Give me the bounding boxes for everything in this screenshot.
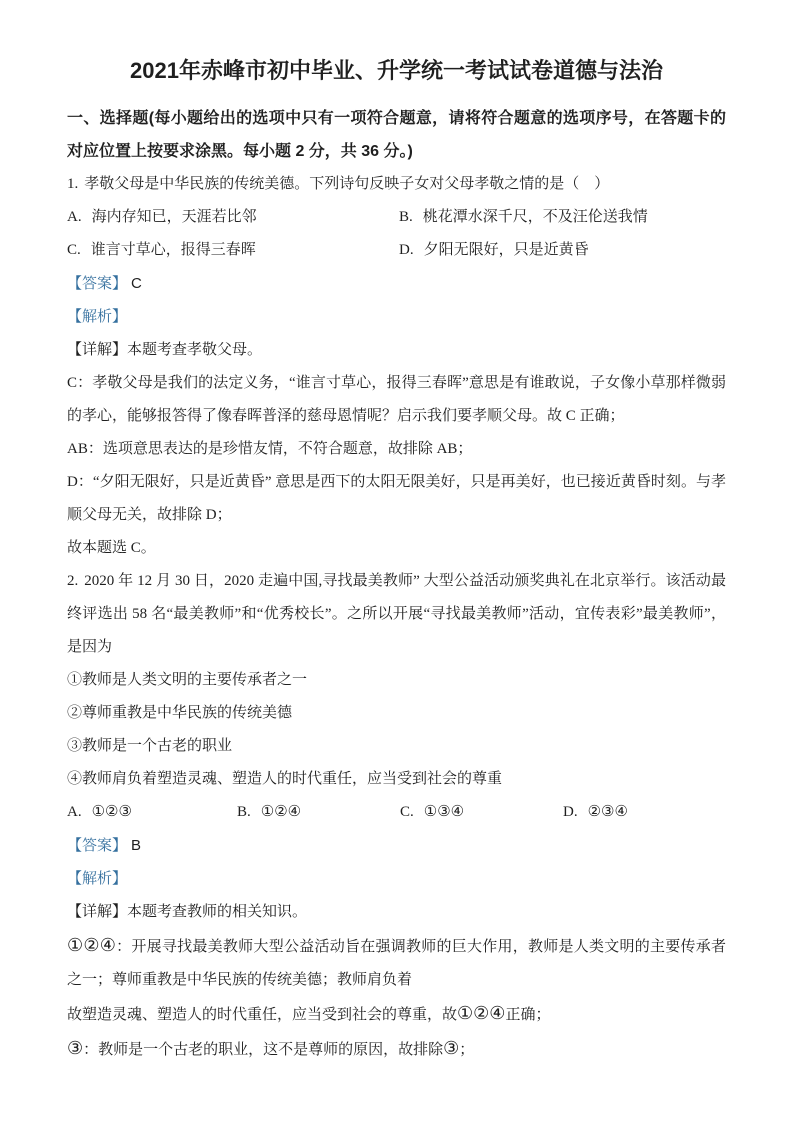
option-b: B.桃花潭水深千尺，不及汪伦送我情 — [399, 201, 726, 234]
question-2-number: 2. — [67, 573, 78, 589]
question-2-detail-3: ③：教师是一个古老的职业，这不是尊师的原因，故排除③； — [67, 1032, 726, 1067]
detail-3-post: ； — [459, 1042, 474, 1058]
option-b-label: B. — [237, 804, 251, 820]
option-b-label: B. — [399, 209, 413, 225]
option-d-text: ②③④ — [588, 804, 628, 820]
detail-label: 【详解】 — [67, 904, 127, 920]
option-b-text: 桃花潭水深千尺，不及汪伦送我情 — [423, 209, 648, 225]
detail-124b-pre: 故塑造灵魂、塑造人的时代重任，应当受到社会的尊重，故 — [67, 1007, 457, 1023]
option-d-label: D. — [563, 804, 578, 820]
question-1-detail-conclusion: 故本题选 C。 — [67, 532, 726, 565]
question-2-stem-text: 2020 年 12 月 30 日，2020 走遍中国,寻找最美教师” 大型公益活… — [67, 573, 726, 655]
question-2-detail-124b: 故塑造灵魂、塑造人的时代重任，应当受到社会的尊重，故①②④正确； — [67, 997, 726, 1032]
question-2-analysis-line: 【解析】 — [67, 863, 726, 896]
question-2: 2.2020 年 12 月 30 日，2020 走遍中国,寻找最美教师” 大型公… — [67, 565, 726, 1067]
option-b: B.①②④ — [237, 796, 400, 829]
detail-intro-text: 本题考查教师的相关知识。 — [127, 904, 307, 920]
circled-number: ③ — [443, 1038, 459, 1058]
option-c-text: ①③④ — [424, 804, 464, 820]
option-a-label: A. — [67, 209, 82, 225]
detail-124b-post: 正确； — [505, 1007, 550, 1023]
question-2-options-row: A.①②③ B.①②④ C.①③④ D.②③④ — [67, 796, 726, 829]
option-d-label: D. — [399, 242, 414, 258]
option-a: A.①②③ — [67, 796, 237, 829]
question-2-item-1: ①教师是人类文明的主要传承者之一 — [67, 664, 726, 697]
question-1-detail-d: D：“夕阳无限好，只是近黄昏” 意思是西下的太阳无限美好，只是再美好，也已接近黄… — [67, 466, 726, 532]
question-2-detail-124: ①②④：开展寻找最美教师大型公益活动旨在强调教师的巨大作用，教师是人类文明的主要… — [67, 929, 726, 997]
page-title: 2021年赤峰市初中毕业、升学统一考试试卷道德与法治 — [67, 50, 726, 92]
question-1-analysis-line: 【解析】 — [67, 301, 726, 334]
detail-3-text: ：教师是一个古老的职业，这不是尊师的原因，故排除 — [83, 1042, 443, 1058]
option-d-text: 夕阳无限好，只是近黄昏 — [424, 242, 589, 258]
circled-number: ③ — [67, 1038, 83, 1058]
question-2-item-4: ④教师肩负着塑造灵魂、塑造人的时代重任，应当受到社会的尊重 — [67, 763, 726, 796]
option-c-label: C. — [67, 242, 81, 258]
question-2-item-3: ③教师是一个古老的职业 — [67, 730, 726, 763]
option-a-label: A. — [67, 804, 82, 820]
analysis-label: 【解析】 — [67, 309, 127, 325]
option-d: D.②③④ — [563, 796, 726, 829]
option-b-text: ①②④ — [261, 804, 301, 820]
question-1-options-row-1: A.海内存知已，天涯若比邻 B.桃花潭水深千尺，不及汪伦送我情 — [67, 201, 726, 234]
option-c-label: C. — [400, 804, 414, 820]
answer-value: C — [131, 275, 142, 292]
answer-value: B — [131, 837, 141, 854]
question-1-number: 1. — [67, 176, 78, 192]
question-1-options-row-2: C.谁言寸草心，报得三春晖 D.夕阳无限好，只是近黄昏 — [67, 234, 726, 267]
question-1: 1.孝敬父母是中华民族的传统美德。下列诗句反映子女对父母孝敬之情的是（ ） A.… — [67, 168, 726, 565]
question-1-detail-intro: 【详解】本题考查孝敬父母。 — [67, 334, 726, 367]
question-2-detail-intro: 【详解】本题考查教师的相关知识。 — [67, 896, 726, 929]
question-2-answer-line: 【答案】B — [67, 829, 726, 863]
detail-124-text: ：开展寻找最美教师大型公益活动旨在强调教师的巨大作用，教师是人类文明的主要传承者… — [67, 939, 726, 988]
option-a-text: 海内存知已，天涯若比邻 — [92, 209, 257, 225]
option-c: C.①③④ — [400, 796, 563, 829]
option-c: C.谁言寸草心，报得三春晖 — [67, 234, 399, 267]
question-1-detail-c: C：孝敬父母是我们的法定义务，“谁言寸草心，报得三春晖”意思是有谁敢说，子女像小… — [67, 367, 726, 433]
analysis-label: 【解析】 — [67, 871, 127, 887]
answer-label: 【答案】 — [67, 838, 127, 854]
option-d: D.夕阳无限好，只是近黄昏 — [399, 234, 726, 267]
question-1-stem: 1.孝敬父母是中华民族的传统美德。下列诗句反映子女对父母孝敬之情的是（ ） — [67, 168, 726, 201]
question-1-answer-line: 【答案】C — [67, 267, 726, 301]
section-heading: 一、选择题(每小题给出的选项中只有一项符合题意，请将符合题意的选项序号，在答题卡… — [67, 102, 726, 168]
circled-numbers: ①②④ — [67, 935, 116, 955]
detail-intro-text: 本题考查孝敬父母。 — [127, 342, 262, 358]
exam-paper-page: 2021年赤峰市初中毕业、升学统一考试试卷道德与法治 一、选择题(每小题给出的选… — [0, 0, 793, 1122]
option-c-text: 谁言寸草心，报得三春晖 — [91, 242, 256, 258]
answer-label: 【答案】 — [67, 276, 127, 292]
question-1-detail-ab: AB：选项意思表达的是珍惜友情，不符合题意，故排除 AB； — [67, 433, 726, 466]
question-1-stem-text: 孝敬父母是中华民族的传统美德。下列诗句反映子女对父母孝敬之情的是（ ） — [84, 176, 609, 192]
question-2-stem: 2.2020 年 12 月 30 日，2020 走遍中国,寻找最美教师” 大型公… — [67, 565, 726, 664]
option-a: A.海内存知已，天涯若比邻 — [67, 201, 399, 234]
option-a-text: ①②③ — [92, 804, 132, 820]
question-2-item-2: ②尊师重教是中华民族的传统美德 — [67, 697, 726, 730]
detail-label: 【详解】 — [67, 342, 127, 358]
circled-numbers: ①②④ — [457, 1003, 505, 1023]
